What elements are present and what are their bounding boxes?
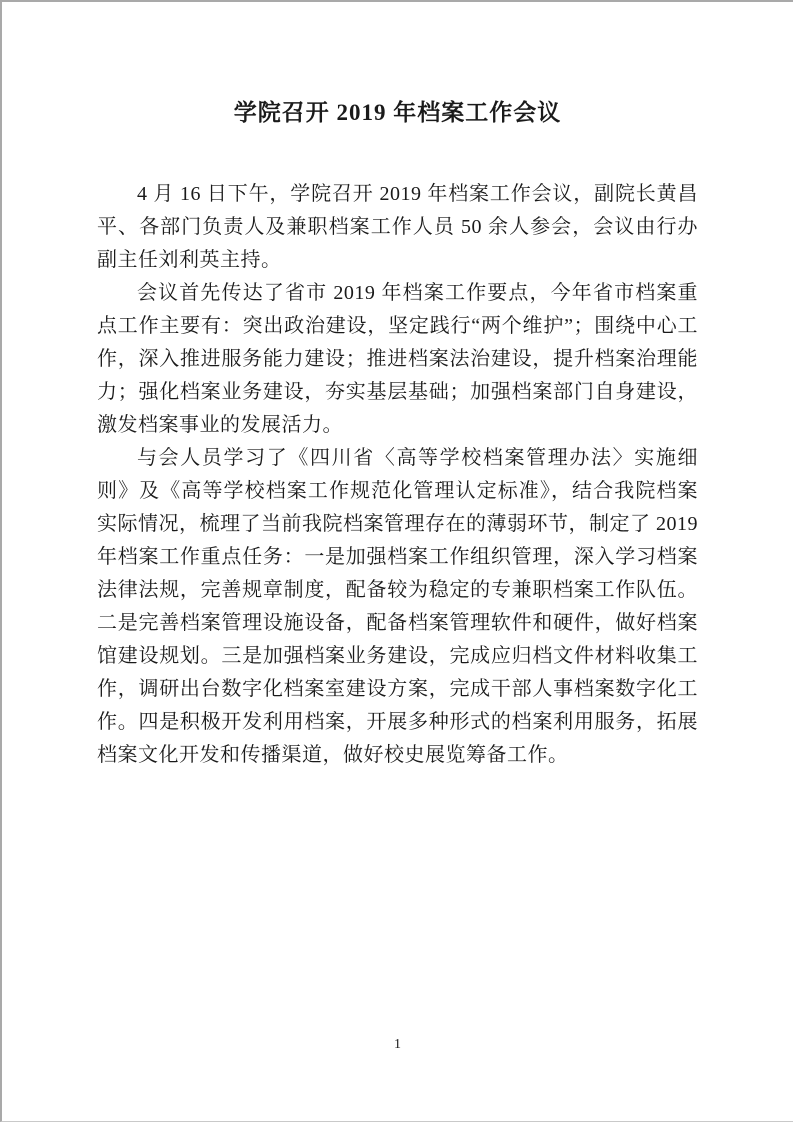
document-page: 学院召开 2019 年档案工作会议 4 月 16 日下午，学院召开 2019 年… bbox=[0, 0, 793, 1122]
document-title: 学院召开 2019 年档案工作会议 bbox=[97, 98, 698, 128]
paragraph-1: 4 月 16 日下午，学院召开 2019 年档案工作会议，副院长黄昌平、各部门负… bbox=[97, 178, 698, 277]
document-content: 学院召开 2019 年档案工作会议 4 月 16 日下午，学院召开 2019 年… bbox=[2, 2, 793, 772]
paragraph-2: 会议首先传达了省市 2019 年档案工作要点，今年省市档案重点工作主要有：突出政… bbox=[97, 277, 698, 442]
page-number: 1 bbox=[2, 1037, 793, 1053]
paragraph-3: 与会人员学习了《四川省〈高等学校档案管理办法〉实施细则》及《高等学校档案工作规范… bbox=[97, 442, 698, 772]
document-body: 4 月 16 日下午，学院召开 2019 年档案工作会议，副院长黄昌平、各部门负… bbox=[97, 178, 698, 772]
